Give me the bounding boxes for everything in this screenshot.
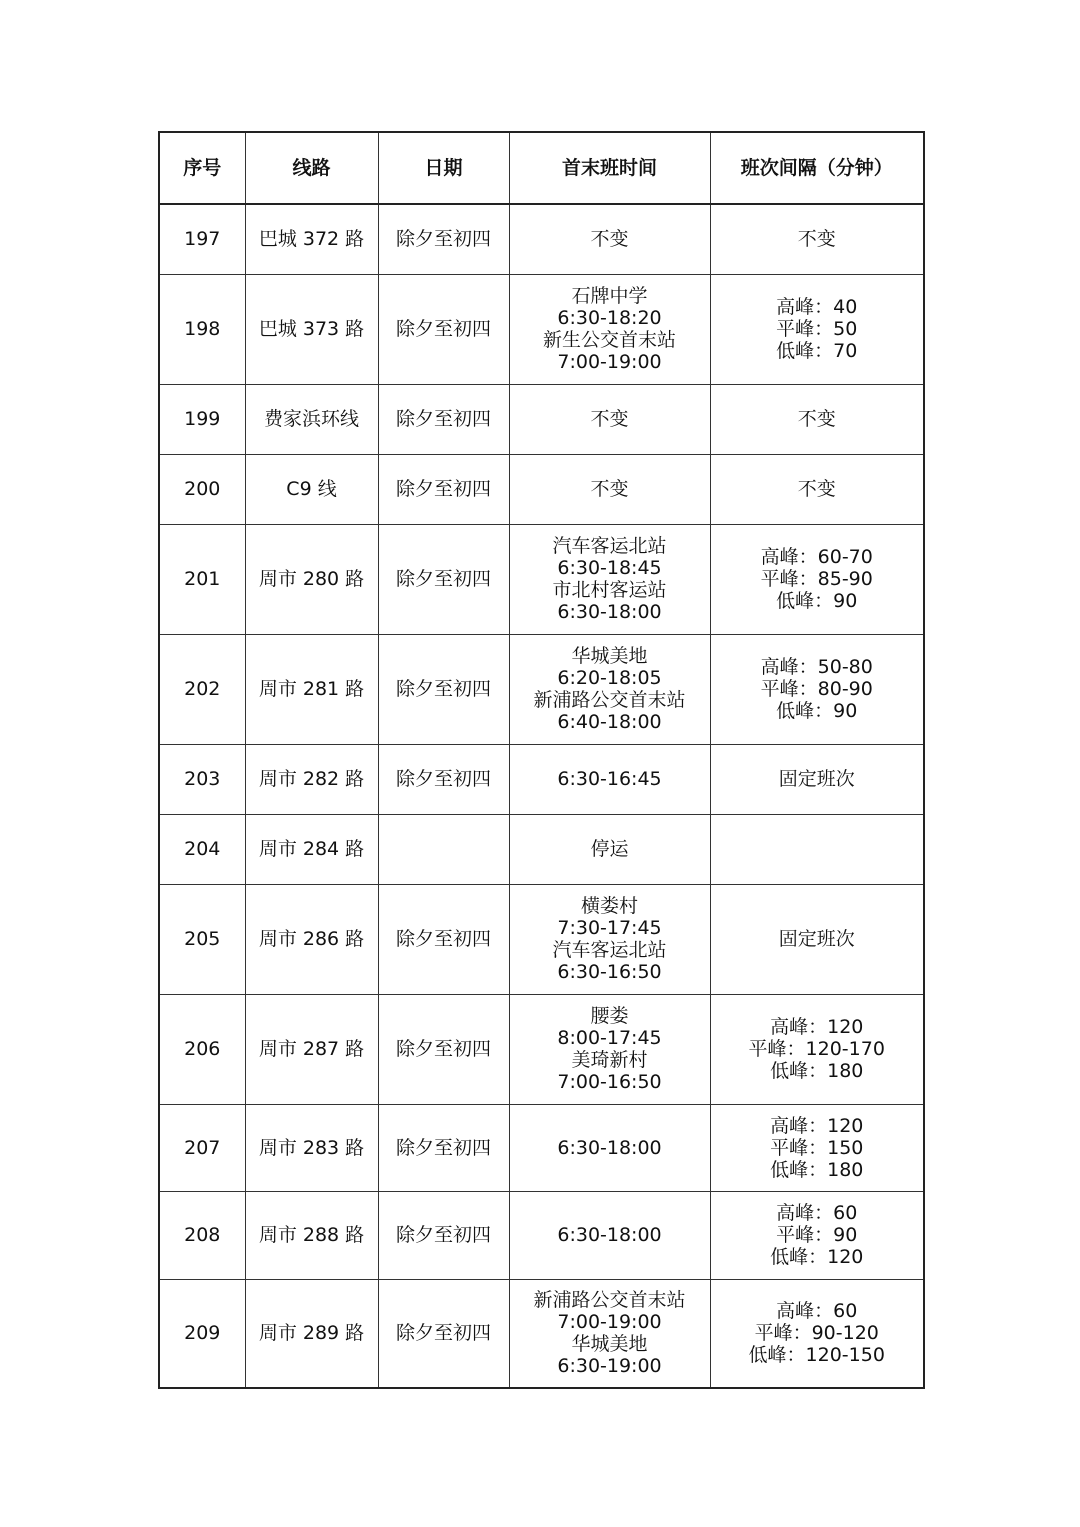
interval: 高峰：60平峰：90-120低峰：120-150 (710, 1279, 924, 1388)
route-name: 巴城 373 路 (245, 274, 378, 384)
interval-line: 高峰：60 (711, 1300, 924, 1322)
interval-line: 平峰：85-90 (711, 568, 924, 590)
first-last-times: 腰娄8:00-17:45美琦新村7:00-16:50 (509, 994, 710, 1104)
row-number: 205 (159, 884, 245, 994)
interval-line: 固定班次 (711, 768, 924, 790)
date-range: 除夕至初四 (378, 454, 509, 524)
date-range: 除夕至初四 (378, 634, 509, 744)
interval-line: 平峰：90 (711, 1224, 924, 1246)
interval-line: 平峰：90-120 (711, 1322, 924, 1344)
date-range: 除夕至初四 (378, 524, 509, 634)
date-range: 除夕至初四 (378, 744, 509, 814)
row-number: 202 (159, 634, 245, 744)
interval-line: 低峰：180 (711, 1159, 924, 1181)
first-last-times-line: 8:00-17:45 (510, 1027, 710, 1049)
interval-line: 低峰：90 (711, 700, 924, 722)
first-last-times-line: 6:30-18:00 (510, 1224, 710, 1246)
first-last-times-line: 华城美地 (510, 645, 710, 667)
route-name: C9 线 (245, 454, 378, 524)
interval-line: 高峰：120 (711, 1115, 924, 1137)
header-row: 序号 线路 日期 首末班时间 班次间隔（分钟） (159, 132, 924, 204)
first-last-times-line: 华城美地 (510, 1333, 710, 1355)
interval: 固定班次 (710, 884, 924, 994)
interval: 不变 (710, 454, 924, 524)
table-row: 197巴城 372 路除夕至初四不变不变 (159, 204, 924, 274)
interval-line: 不变 (711, 228, 924, 250)
first-last-times: 华城美地6:20-18:05新浦路公交首末站6:40-18:00 (509, 634, 710, 744)
route-name: 费家浜环线 (245, 384, 378, 454)
bus-schedule-table: 序号 线路 日期 首末班时间 班次间隔（分钟） 197巴城 372 路除夕至初四… (158, 131, 925, 1389)
first-last-times-line: 新浦路公交首末站 (510, 689, 710, 711)
route-name: 周市 288 路 (245, 1191, 378, 1279)
table-row: 199费家浜环线除夕至初四不变不变 (159, 384, 924, 454)
interval-line: 低峰：120 (711, 1246, 924, 1268)
table-body: 197巴城 372 路除夕至初四不变不变198巴城 373 路除夕至初四石牌中学… (159, 204, 924, 1388)
header-route: 线路 (245, 132, 378, 204)
first-last-times: 横娄村7:30-17:45汽车客运北站6:30-16:50 (509, 884, 710, 994)
interval-line: 不变 (711, 408, 924, 430)
first-last-times-line: 停运 (510, 838, 710, 860)
first-last-times: 汽车客运北站6:30-18:45市北村客运站6:30-18:00 (509, 524, 710, 634)
row-number: 199 (159, 384, 245, 454)
interval: 高峰：120平峰：150低峰：180 (710, 1104, 924, 1191)
first-last-times-line: 腰娄 (510, 1005, 710, 1027)
interval: 固定班次 (710, 744, 924, 814)
row-number: 201 (159, 524, 245, 634)
first-last-times: 不变 (509, 454, 710, 524)
interval: 不变 (710, 204, 924, 274)
date-range: 除夕至初四 (378, 204, 509, 274)
first-last-times-line: 6:30-18:45 (510, 557, 710, 579)
interval: 高峰：50-80平峰：80-90低峰：90 (710, 634, 924, 744)
row-number: 206 (159, 994, 245, 1104)
interval: 高峰：60-70平峰：85-90低峰：90 (710, 524, 924, 634)
first-last-times: 6:30-18:00 (509, 1104, 710, 1191)
first-last-times-line: 7:30-17:45 (510, 917, 710, 939)
first-last-times: 6:30-16:45 (509, 744, 710, 814)
first-last-times-line: 市北村客运站 (510, 579, 710, 601)
date-range (378, 814, 509, 884)
header-interval: 班次间隔（分钟） (710, 132, 924, 204)
row-number: 208 (159, 1191, 245, 1279)
date-range: 除夕至初四 (378, 884, 509, 994)
interval-line: 平峰：80-90 (711, 678, 924, 700)
interval-line: 高峰：40 (711, 296, 924, 318)
date-range: 除夕至初四 (378, 1191, 509, 1279)
table-row: 198巴城 373 路除夕至初四石牌中学6:30-18:20新生公交首末站7:0… (159, 274, 924, 384)
first-last-times: 不变 (509, 204, 710, 274)
interval (710, 814, 924, 884)
table-row: 208周市 288 路除夕至初四6:30-18:00高峰：60平峰：90低峰：1… (159, 1191, 924, 1279)
first-last-times-line: 新生公交首末站 (510, 329, 710, 351)
route-name: 周市 280 路 (245, 524, 378, 634)
first-last-times-line: 6:40-18:00 (510, 711, 710, 733)
row-number: 209 (159, 1279, 245, 1388)
first-last-times-line: 7:00-19:00 (510, 1311, 710, 1333)
row-number: 203 (159, 744, 245, 814)
first-last-times-line: 6:30-18:00 (510, 601, 710, 623)
interval: 不变 (710, 384, 924, 454)
interval-line: 高峰：50-80 (711, 656, 924, 678)
interval-line: 低峰：90 (711, 590, 924, 612)
first-last-times-line: 新浦路公交首末站 (510, 1289, 710, 1311)
route-name: 周市 284 路 (245, 814, 378, 884)
first-last-times-line: 6:30-16:45 (510, 768, 710, 790)
interval-line: 不变 (711, 478, 924, 500)
first-last-times-line: 美琦新村 (510, 1049, 710, 1071)
route-name: 巴城 372 路 (245, 204, 378, 274)
first-last-times-line: 不变 (510, 228, 710, 250)
first-last-times-line: 6:30-18:20 (510, 307, 710, 329)
row-number: 200 (159, 454, 245, 524)
first-last-times-line: 横娄村 (510, 895, 710, 917)
interval-line: 低峰：70 (711, 340, 924, 362)
route-name: 周市 287 路 (245, 994, 378, 1104)
first-last-times-line: 6:30-16:50 (510, 961, 710, 983)
table-row: 207周市 283 路除夕至初四6:30-18:00高峰：120平峰：150低峰… (159, 1104, 924, 1191)
interval-line: 高峰：60-70 (711, 546, 924, 568)
interval: 高峰：120平峰：120-170低峰：180 (710, 994, 924, 1104)
header-number: 序号 (159, 132, 245, 204)
header-date: 日期 (378, 132, 509, 204)
first-last-times-line: 汽车客运北站 (510, 939, 710, 961)
first-last-times-line: 汽车客运北站 (510, 535, 710, 557)
table-row: 201周市 280 路除夕至初四汽车客运北站6:30-18:45市北村客运站6:… (159, 524, 924, 634)
table-row: 200C9 线除夕至初四不变不变 (159, 454, 924, 524)
first-last-times-line: 石牌中学 (510, 285, 710, 307)
interval-line: 高峰：60 (711, 1202, 924, 1224)
table-row: 204周市 284 路停运 (159, 814, 924, 884)
row-number: 204 (159, 814, 245, 884)
interval-line: 平峰：120-170 (711, 1038, 924, 1060)
interval: 高峰：60平峰：90低峰：120 (710, 1191, 924, 1279)
interval-line: 高峰：120 (711, 1016, 924, 1038)
first-last-times: 石牌中学6:30-18:20新生公交首末站7:00-19:00 (509, 274, 710, 384)
interval-line: 固定班次 (711, 928, 924, 950)
first-last-times-line: 6:30-19:00 (510, 1355, 710, 1377)
interval-line: 低峰：120-150 (711, 1344, 924, 1366)
route-name: 周市 281 路 (245, 634, 378, 744)
first-last-times: 新浦路公交首末站7:00-19:00华城美地6:30-19:00 (509, 1279, 710, 1388)
header-first-last-times: 首末班时间 (509, 132, 710, 204)
first-last-times-line: 不变 (510, 478, 710, 500)
interval: 高峰：40平峰：50低峰：70 (710, 274, 924, 384)
first-last-times-line: 不变 (510, 408, 710, 430)
table-row: 206周市 287 路除夕至初四腰娄8:00-17:45美琦新村7:00-16:… (159, 994, 924, 1104)
first-last-times: 不变 (509, 384, 710, 454)
date-range: 除夕至初四 (378, 384, 509, 454)
interval-line: 平峰：50 (711, 318, 924, 340)
row-number: 207 (159, 1104, 245, 1191)
date-range: 除夕至初四 (378, 1104, 509, 1191)
first-last-times-line: 6:20-18:05 (510, 667, 710, 689)
table-row: 203周市 282 路除夕至初四6:30-16:45固定班次 (159, 744, 924, 814)
interval-line: 低峰：180 (711, 1060, 924, 1082)
row-number: 197 (159, 204, 245, 274)
table-row: 202周市 281 路除夕至初四华城美地6:20-18:05新浦路公交首末站6:… (159, 634, 924, 744)
table-row: 209周市 289 路除夕至初四新浦路公交首末站7:00-19:00华城美地6:… (159, 1279, 924, 1388)
route-name: 周市 282 路 (245, 744, 378, 814)
first-last-times-line: 6:30-18:00 (510, 1137, 710, 1159)
first-last-times: 6:30-18:00 (509, 1191, 710, 1279)
table-row: 205周市 286 路除夕至初四横娄村7:30-17:45汽车客运北站6:30-… (159, 884, 924, 994)
first-last-times: 停运 (509, 814, 710, 884)
interval-line: 平峰：150 (711, 1137, 924, 1159)
route-name: 周市 286 路 (245, 884, 378, 994)
first-last-times-line: 7:00-19:00 (510, 351, 710, 373)
date-range: 除夕至初四 (378, 994, 509, 1104)
route-name: 周市 283 路 (245, 1104, 378, 1191)
route-name: 周市 289 路 (245, 1279, 378, 1388)
first-last-times-line: 7:00-16:50 (510, 1071, 710, 1093)
row-number: 198 (159, 274, 245, 384)
date-range: 除夕至初四 (378, 1279, 509, 1388)
date-range: 除夕至初四 (378, 274, 509, 384)
